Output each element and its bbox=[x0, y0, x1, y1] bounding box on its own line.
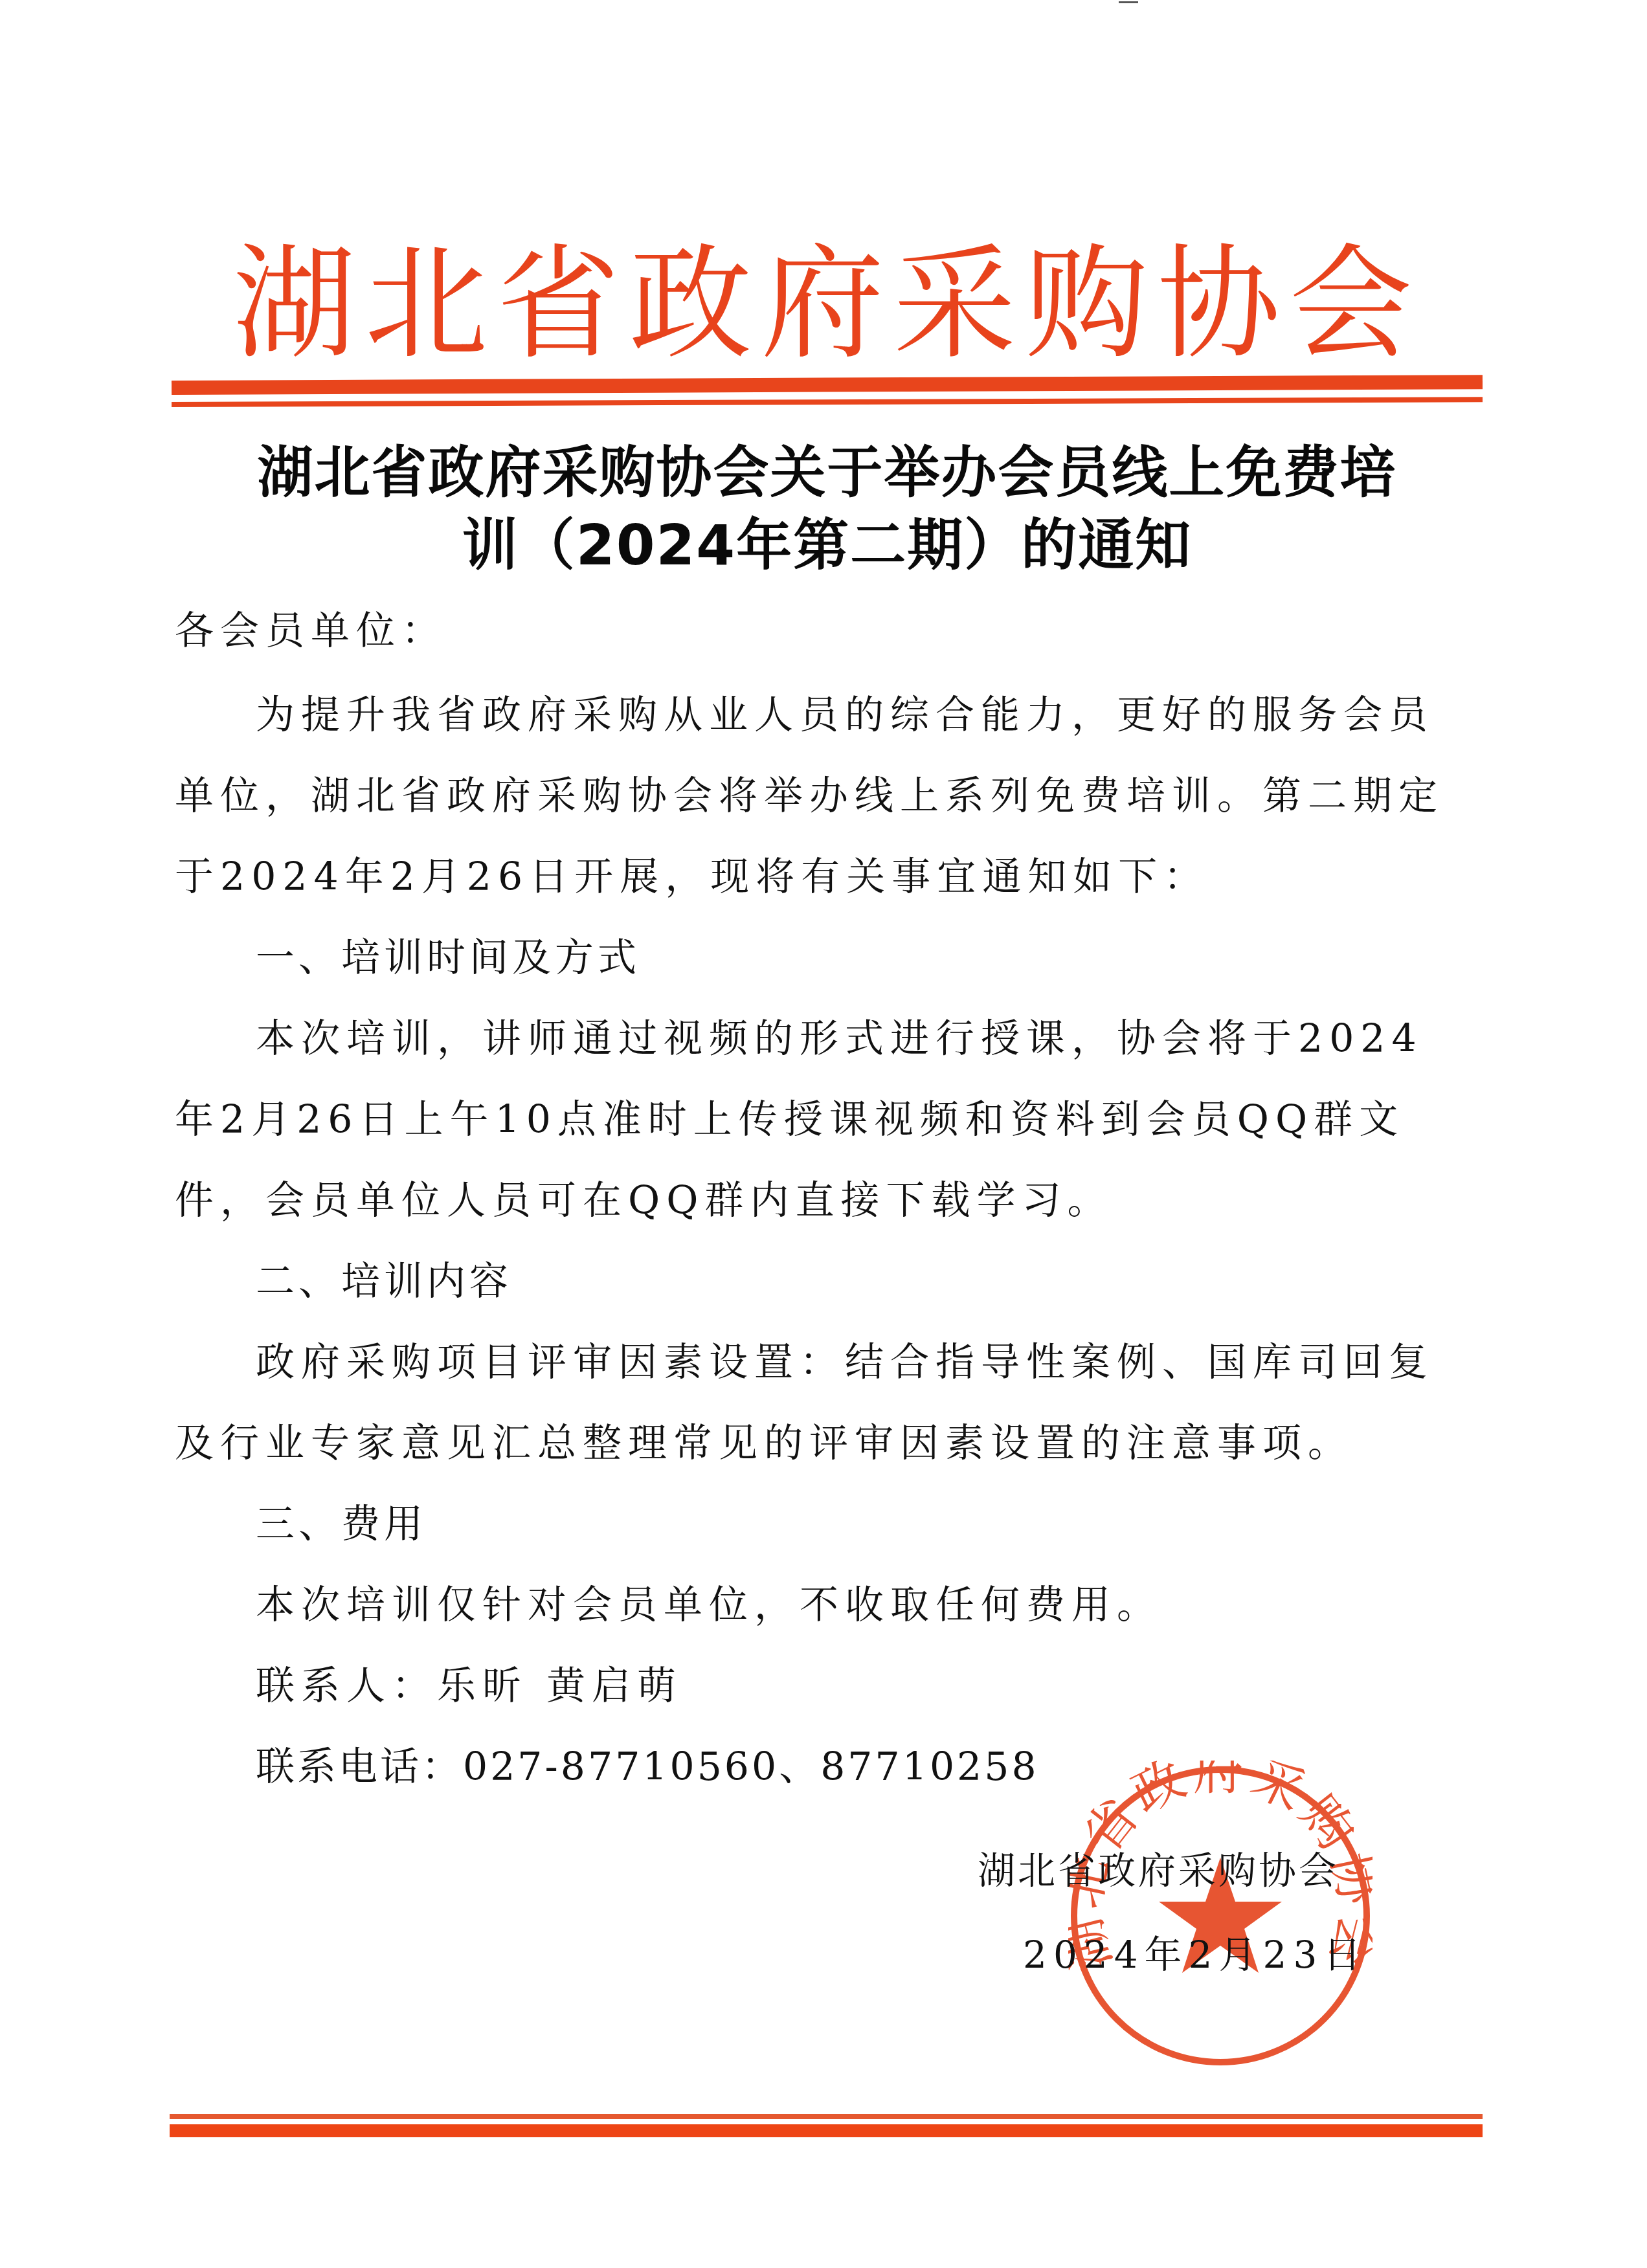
scan-artifact bbox=[1119, 1, 1138, 3]
letterhead-org-name: 湖北省政府采购协会 bbox=[172, 233, 1483, 375]
footer-rule-thick bbox=[170, 2124, 1483, 2137]
document-title: 湖北省政府采购协会关于举办会员线上免费培 训（2024年第二期）的通知 bbox=[172, 437, 1483, 582]
footer-rule-thin bbox=[170, 2114, 1483, 2119]
letterhead-rule-thin bbox=[172, 397, 1483, 407]
contact-persons: 联系人：乐昕 黄启萌 bbox=[256, 1660, 1551, 1712]
document-title-line-1: 湖北省政府采购协会关于举办会员线上免费培 bbox=[172, 437, 1483, 509]
signature-date: 2024年2月23日 bbox=[1023, 1932, 1541, 1977]
document-title-line-2: 训（2024年第二期）的通知 bbox=[172, 509, 1483, 582]
document-page: 湖北省政府采购协会 湖北省政府采购协会关于举办会员线上免费培 训（2024年第二… bbox=[0, 0, 1647, 2268]
section-2-line-1: 政府采购项目评审因素设置：结合指导性案例、国库司回复 bbox=[256, 1337, 1551, 1388]
section-1-line-2: 年2月26日上午10点准时上传授课视频和资料到会员QQ群文 bbox=[175, 1094, 1470, 1146]
section-heading-2: 二、培训内容 bbox=[256, 1256, 1551, 1307]
section-3-line-1: 本次培训仅针对会员单位，不收取任何费用。 bbox=[256, 1579, 1551, 1631]
official-seal: 湖北省政府采购协会 bbox=[1068, 1761, 1372, 2071]
section-heading-3: 三、费用 bbox=[256, 1498, 1551, 1550]
section-heading-1: 一、培训时间及方式 bbox=[256, 932, 1551, 984]
letterhead-rule-thick bbox=[172, 375, 1483, 395]
salutation: 各会员单位： bbox=[175, 605, 1470, 657]
section-1-line-3: 件，会员单位人员可在QQ群内直接下载学习。 bbox=[175, 1175, 1470, 1227]
section-2-line-2: 及行业专家意见汇总整理常见的评审因素设置的注意事项。 bbox=[175, 1417, 1470, 1469]
intro-line-2: 单位，湖北省政府采购协会将举办线上系列免费培训。第二期定 bbox=[175, 770, 1470, 822]
intro-line-1: 为提升我省政府采购从业人员的综合能力，更好的服务会员 bbox=[256, 689, 1421, 741]
section-1-line-1: 本次培训，讲师通过视频的形式进行授课，协会将于2024 bbox=[256, 1013, 1551, 1065]
intro-line-3: 于2024年2月26日开展，现将有关事宜通知如下： bbox=[175, 851, 1470, 903]
signature-org: 湖北省政府采购协会 bbox=[978, 1848, 1496, 1893]
